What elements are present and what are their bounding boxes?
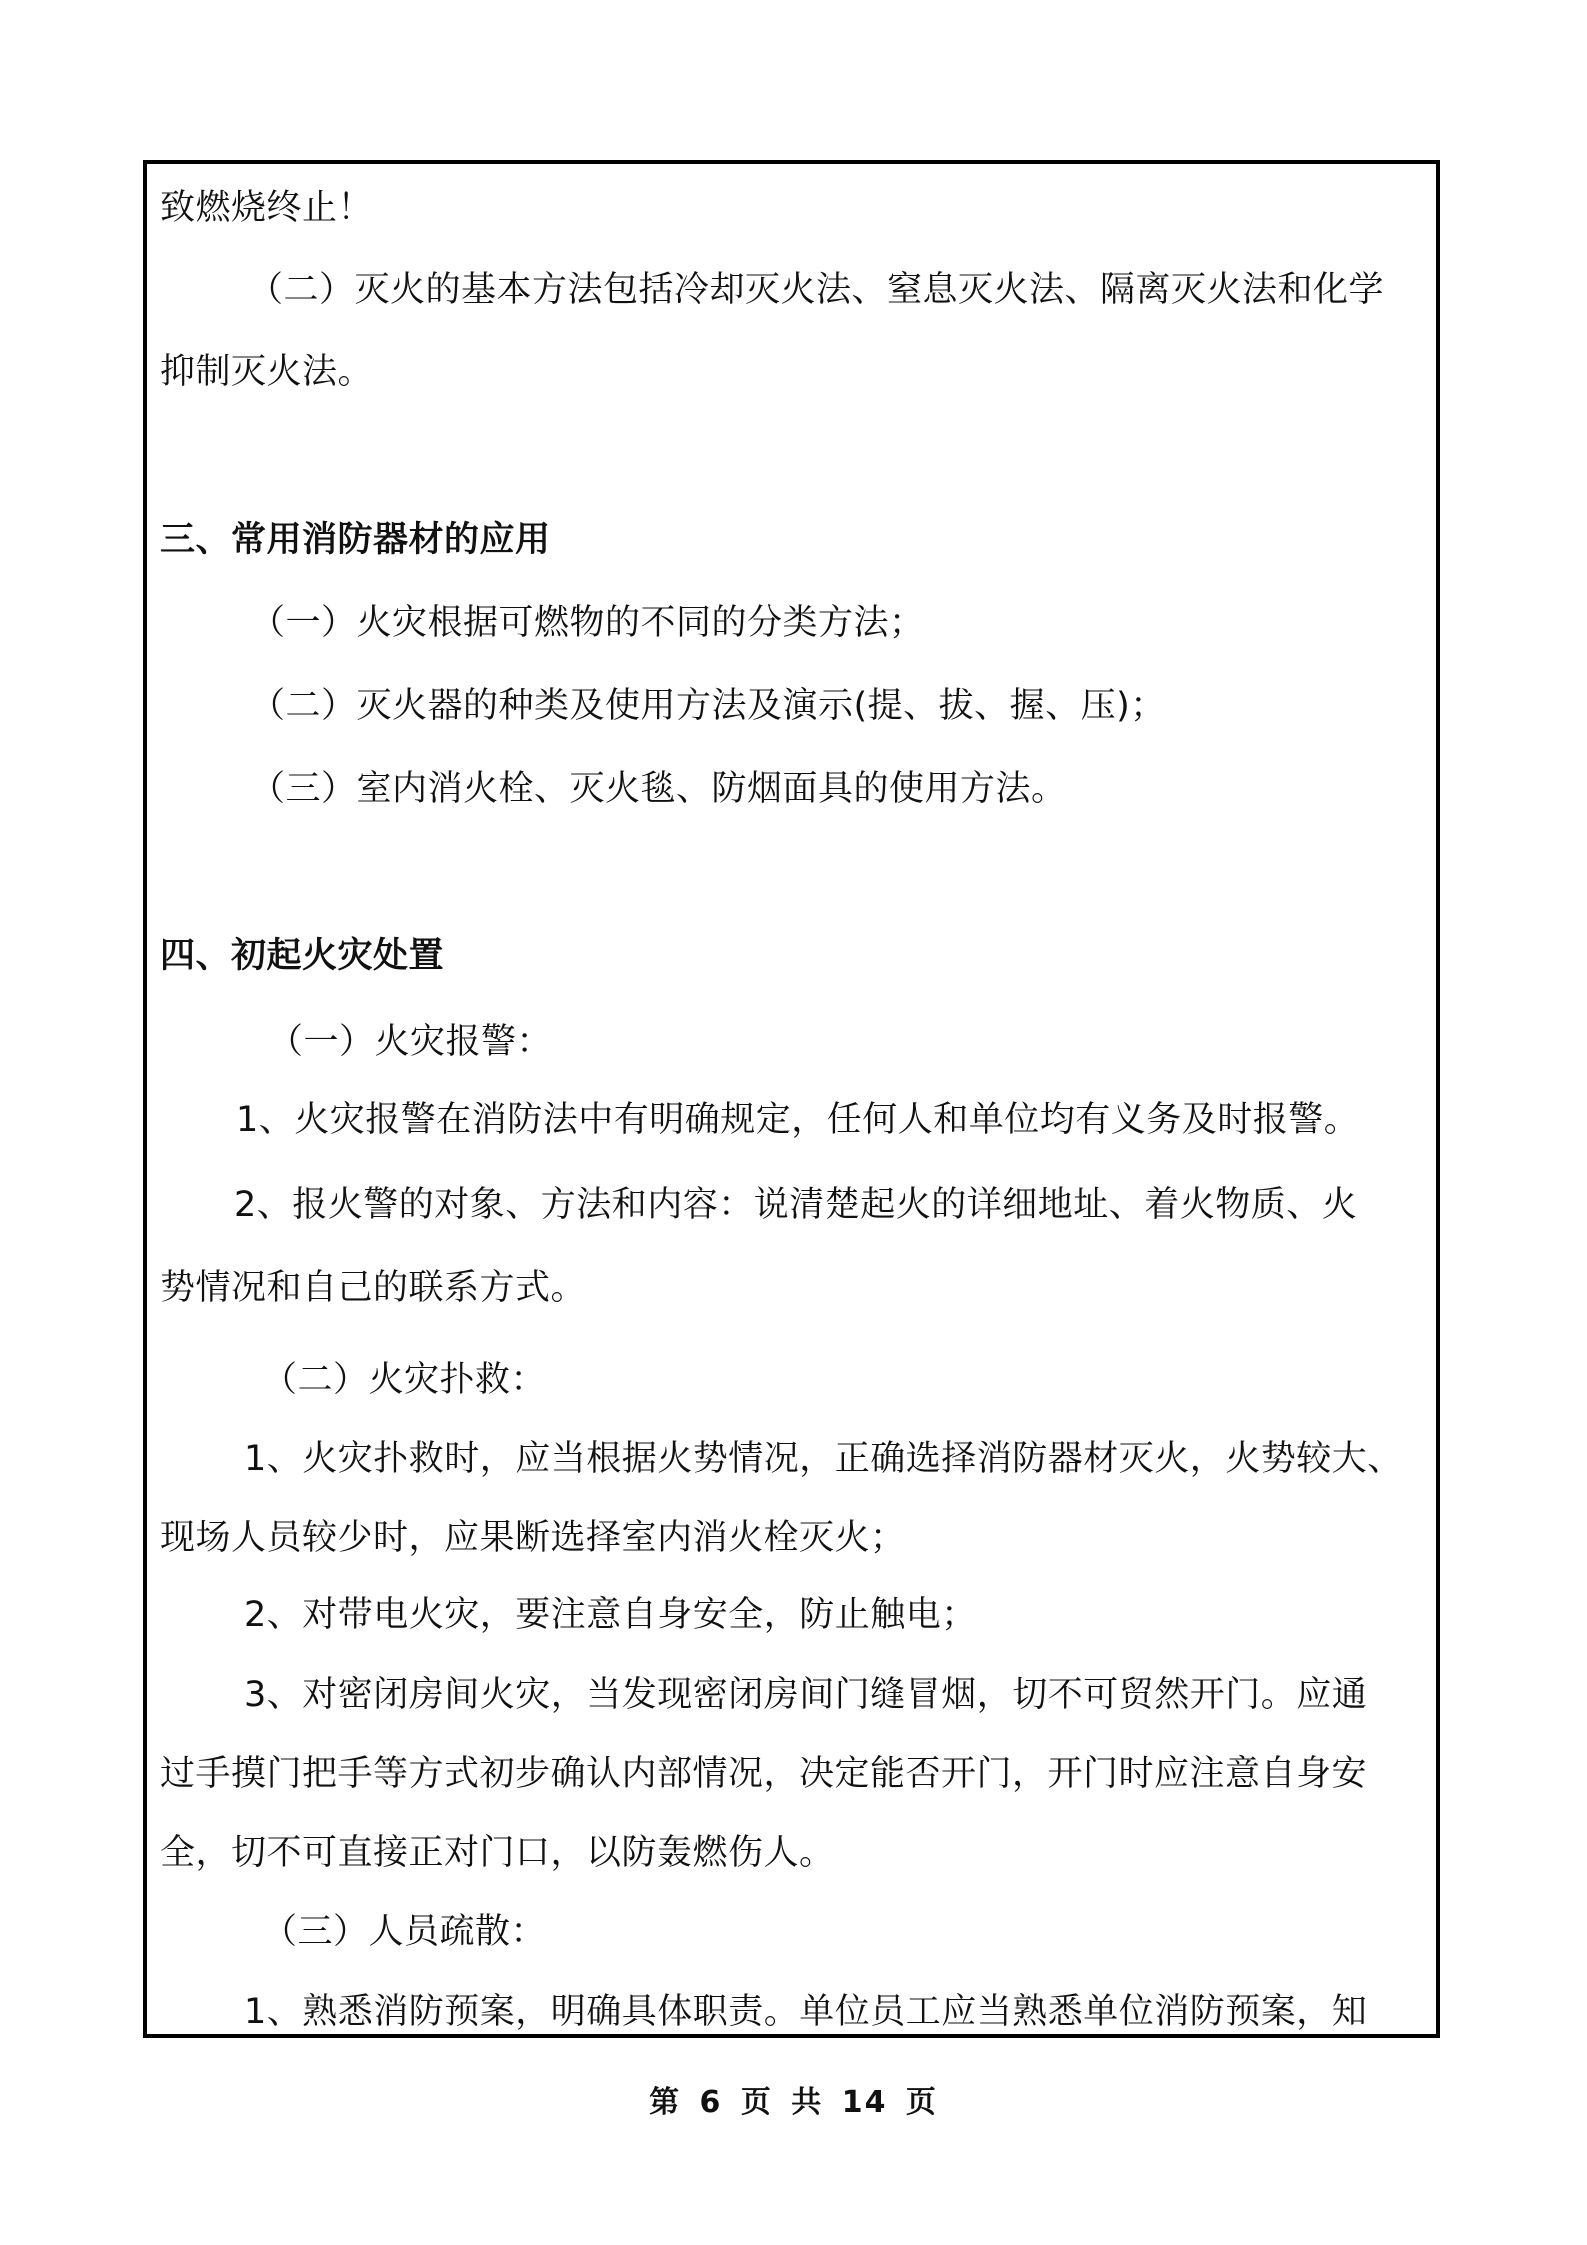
text-line-extinguish-methods-cont: 抑制灭火法。: [160, 350, 373, 394]
section-heading-4: 四、初起火灾处置: [160, 934, 444, 978]
text-line-3-2: （二）灭火器的种类及使用方法及演示(提、拔、握、压)；: [250, 684, 1166, 728]
text-line-fighting-3-cont-b: 全，切不可直接正对门口，以防轰燃伤人。: [160, 1831, 835, 1875]
text-line-alarm-2-cont: 势情况和自己的联系方式。: [160, 1266, 586, 1310]
text-line-alarm-1: 1、火灾报警在消防法中有明确规定，任何人和单位均有义务及时报警。: [236, 1098, 1359, 1142]
text-line-fighting-3: 3、对密闭房间火灾，当发现密闭房间门缝冒烟，切不可贸然开门。应通: [244, 1673, 1367, 1717]
page-number-footer: 第 6 页 共 14 页: [0, 2083, 1587, 2123]
subheading-evacuation: （三）人员疏散：: [262, 1910, 546, 1954]
text-line-evacuation-1: 1、熟悉消防预案，明确具体职责。单位员工应当熟悉单位消防预案，知: [244, 1990, 1367, 2034]
subheading-fire-alarm: （一）火灾报警：: [268, 1020, 552, 1064]
text-line-alarm-2: 2、报火警的对象、方法和内容：说清楚起火的详细地址、着火物质、火: [234, 1183, 1357, 1227]
text-line-3-3: （三）室内消火栓、灭火毯、防烟面具的使用方法。: [250, 767, 1067, 811]
text-line-fighting-1-cont: 现场人员较少时，应果断选择室内消火栓灭火；: [160, 1516, 906, 1560]
text-line-continuation: 致燃烧终止！: [160, 186, 373, 230]
subheading-fire-fighting: （二）火灾扑救：: [262, 1358, 546, 1402]
section-heading-3: 三、常用消防器材的应用: [160, 518, 551, 562]
text-line-fighting-2: 2、对带电火灾，要注意自身安全，防止触电；: [244, 1593, 977, 1637]
text-line-3-1: （一）火灾根据可燃物的不同的分类方法；: [250, 601, 925, 645]
text-line-fighting-1: 1、火灾扑救时，应当根据火势情况，正确选择消防器材灭火，火势较大、: [244, 1437, 1403, 1481]
text-line-fighting-3-cont-a: 过手摸门把手等方式初步确认内部情况，决定能否开门，开门时应注意自身安: [160, 1752, 1367, 1796]
text-line-extinguish-methods: （二）灭火的基本方法包括冷却灭火法、窒息灭火法、隔离灭火法和化学: [248, 268, 1384, 312]
